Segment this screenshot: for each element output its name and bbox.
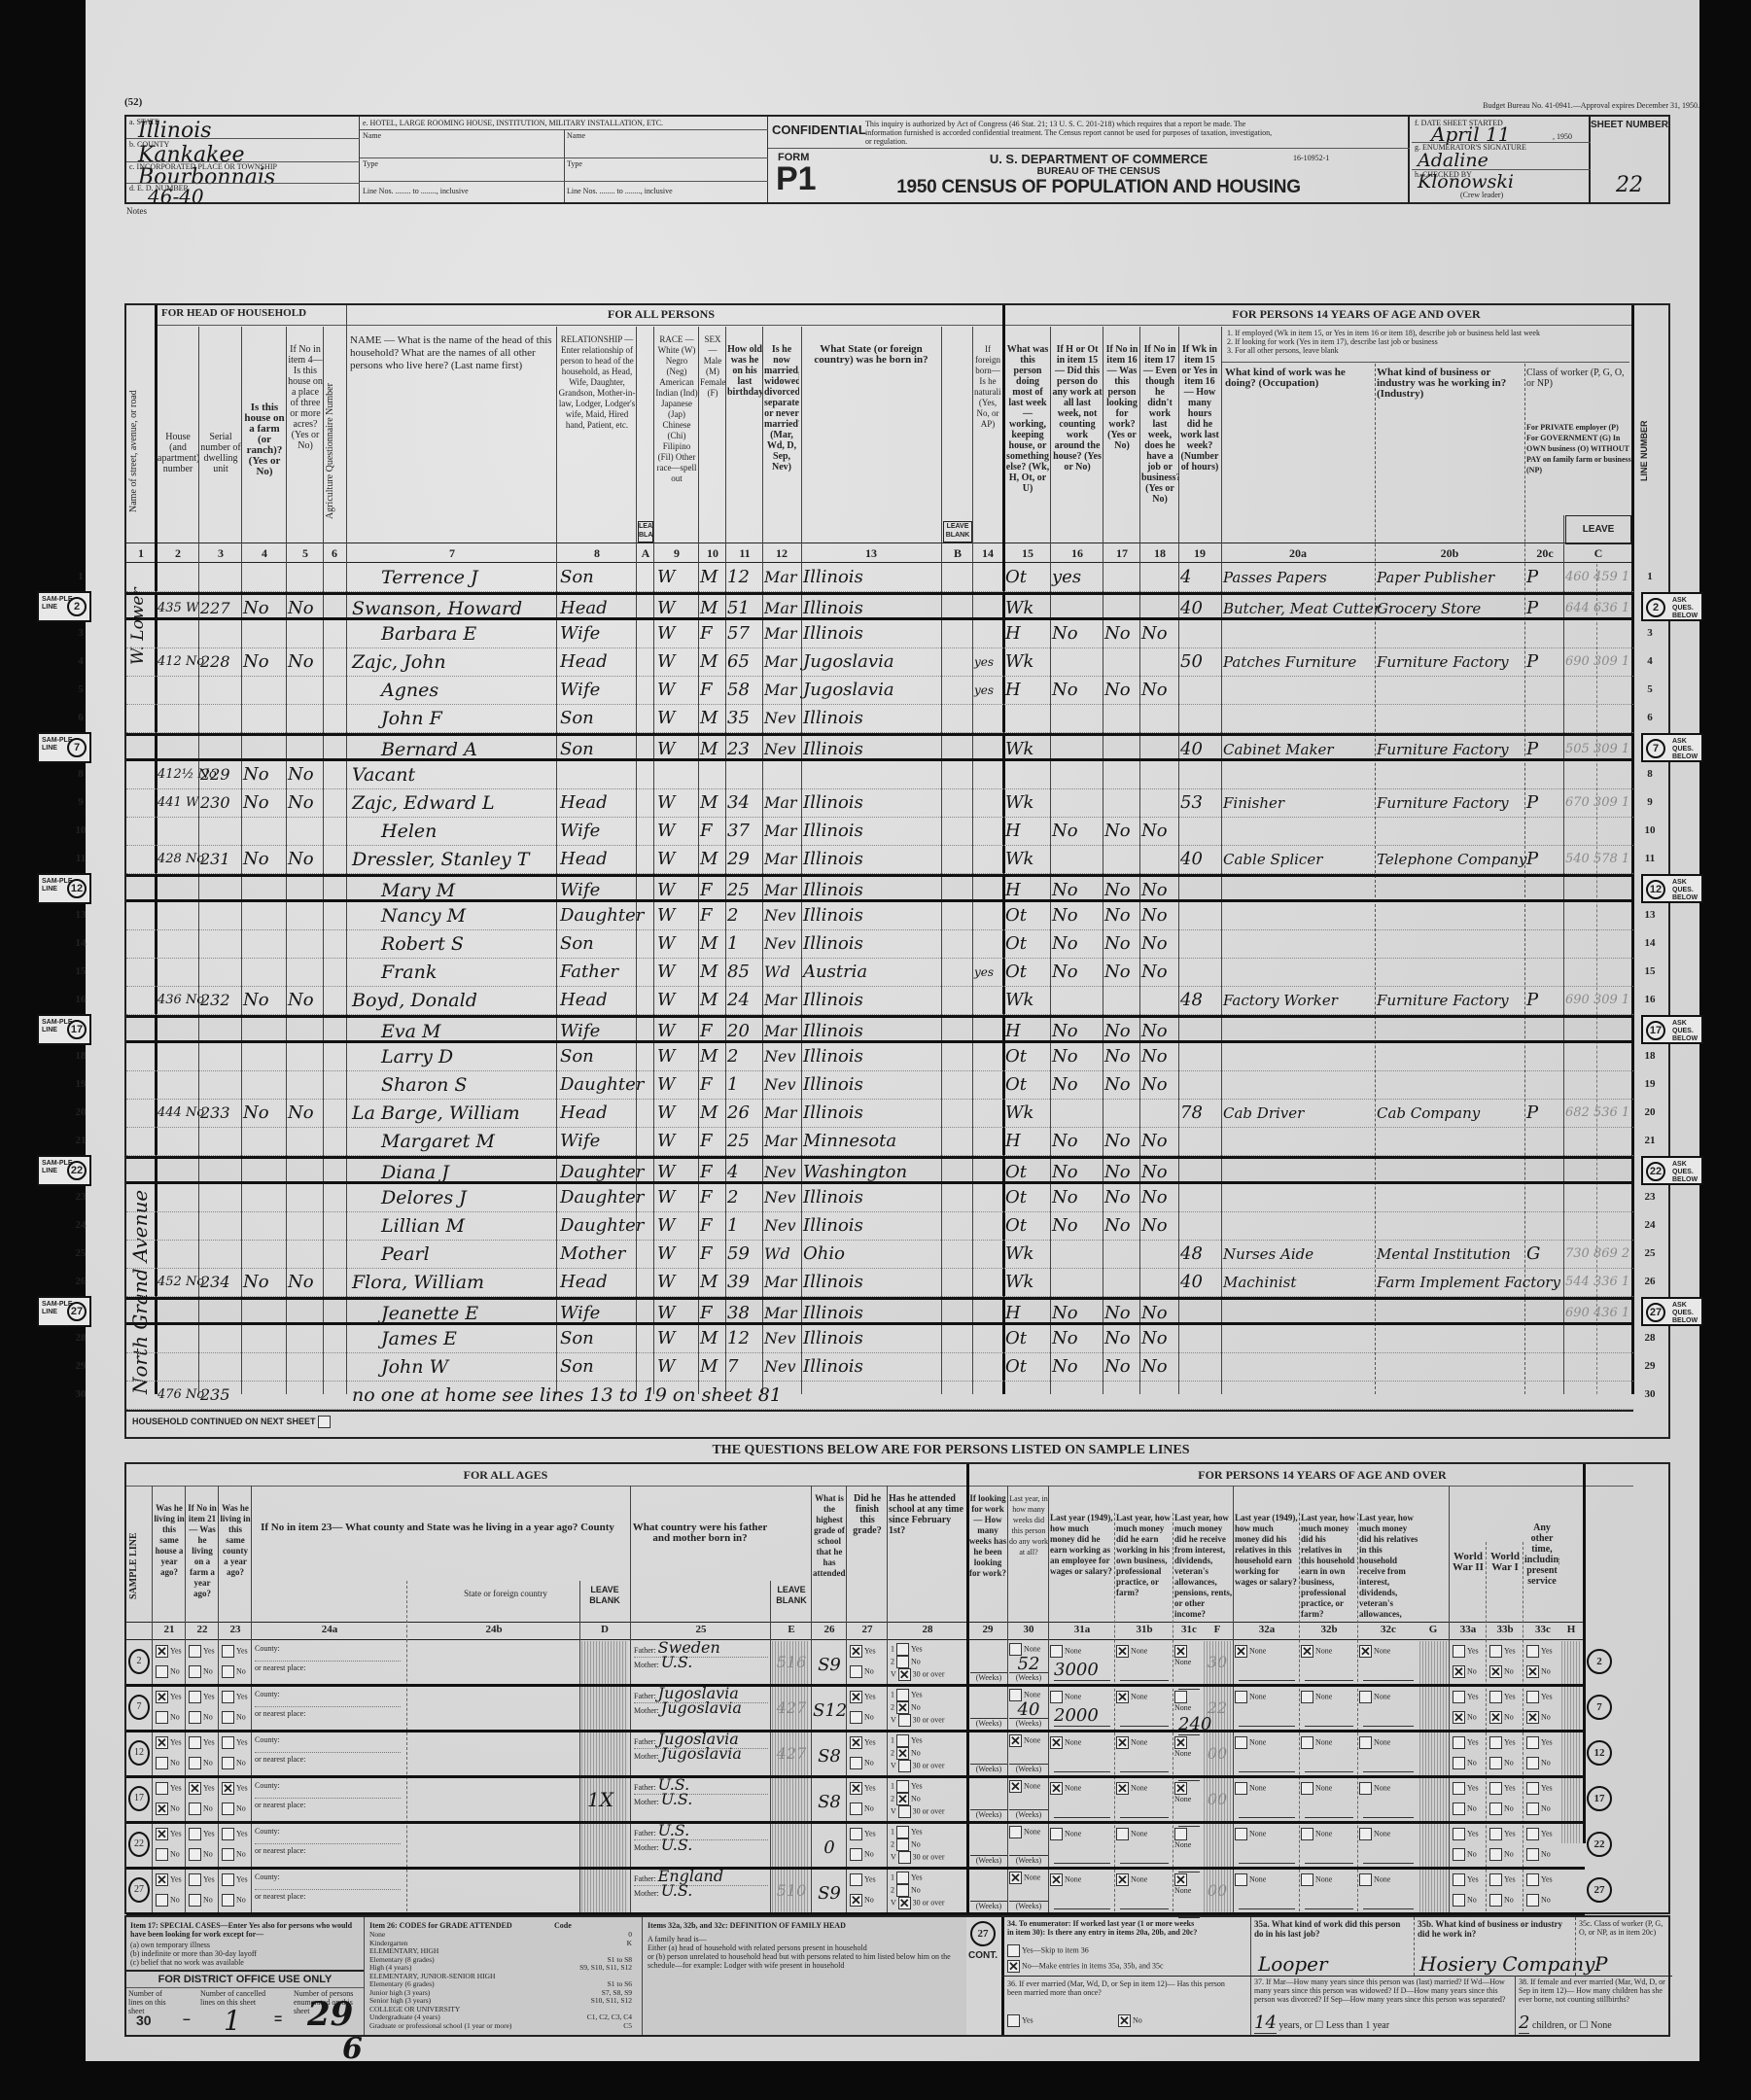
q33c-no-checkbox[interactable] bbox=[1526, 1802, 1539, 1815]
q31b-none-checkbox[interactable]: ✕ bbox=[1116, 1873, 1129, 1886]
q33b-no-checkbox[interactable] bbox=[1489, 1894, 1502, 1907]
q31c-none[interactable]: ✕None bbox=[1174, 1782, 1204, 1803]
q33b-no-checkbox[interactable] bbox=[1489, 1848, 1502, 1861]
q32c-none-checkbox[interactable]: ✕ bbox=[1359, 1645, 1372, 1658]
q23-no-checkbox[interactable] bbox=[222, 1848, 234, 1861]
highest-grade[interactable]: S9 bbox=[813, 1883, 846, 1904]
q21-yes-checkbox[interactable]: ✕ bbox=[156, 1873, 168, 1886]
q23-no[interactable]: No bbox=[222, 1894, 251, 1907]
q33a-yes[interactable]: Yes bbox=[1453, 1645, 1486, 1658]
q21-no-checkbox[interactable] bbox=[156, 1894, 168, 1907]
q23-yes[interactable]: Yes bbox=[222, 1736, 251, 1749]
q23-yes[interactable]: Yes bbox=[222, 1873, 251, 1886]
q27-yes-checkbox[interactable] bbox=[850, 1873, 862, 1886]
q32c-none[interactable]: None bbox=[1359, 1873, 1418, 1886]
q29-weeks[interactable]: (Weeks) bbox=[970, 1764, 1007, 1773]
q33c-yes[interactable]: Yes bbox=[1526, 1873, 1559, 1886]
q29-weeks[interactable]: (Weeks) bbox=[970, 1855, 1007, 1865]
q21-no[interactable]: ✕No bbox=[156, 1802, 185, 1815]
q33b-yes[interactable]: Yes bbox=[1489, 1736, 1523, 1749]
q28-yes[interactable]: 1 Yes bbox=[891, 1872, 964, 1884]
q28-30-over-checkbox[interactable]: ✕ bbox=[898, 1668, 911, 1681]
q33a-no-checkbox[interactable] bbox=[1453, 1894, 1465, 1907]
q27-no[interactable]: No bbox=[850, 1711, 887, 1724]
q32b-none-checkbox[interactable]: ✕ bbox=[1301, 1645, 1313, 1658]
parents-birthplace[interactable]: Father: JugoslaviaMother: Jugoslavia bbox=[634, 1689, 768, 1715]
q32c-none-checkbox[interactable] bbox=[1359, 1873, 1372, 1886]
q21-yes[interactable]: Yes bbox=[156, 1782, 185, 1795]
q33b-no[interactable]: No bbox=[1489, 1848, 1523, 1861]
q23-yes-checkbox[interactable] bbox=[222, 1828, 234, 1840]
q33b-yes[interactable]: Yes bbox=[1489, 1645, 1523, 1658]
q27-yes[interactable]: ✕Yes bbox=[850, 1645, 887, 1658]
q32b-none-checkbox[interactable] bbox=[1301, 1691, 1313, 1703]
q32b-none[interactable]: ✕None bbox=[1301, 1645, 1357, 1658]
q27-yes-checkbox[interactable]: ✕ bbox=[850, 1691, 862, 1703]
q32a-amount[interactable] bbox=[1239, 1660, 1295, 1681]
q33c-yes-checkbox[interactable] bbox=[1526, 1691, 1539, 1703]
q21-yes-checkbox[interactable] bbox=[156, 1782, 168, 1795]
q31c-none[interactable]: None bbox=[1174, 1828, 1204, 1849]
q22-no[interactable]: No bbox=[189, 1848, 218, 1861]
q31b-none[interactable]: ✕None bbox=[1116, 1782, 1173, 1795]
q33c-no-checkbox[interactable]: ✕ bbox=[1526, 1711, 1539, 1724]
q32c-amount[interactable] bbox=[1363, 1842, 1414, 1864]
q31a-none-checkbox[interactable]: ✕ bbox=[1050, 1873, 1063, 1886]
q32c-amount[interactable] bbox=[1363, 1888, 1414, 1909]
q23-no[interactable]: No bbox=[222, 1848, 251, 1861]
q27-no-checkbox[interactable] bbox=[850, 1711, 862, 1724]
q31a-none-checkbox[interactable] bbox=[1050, 1645, 1063, 1658]
q32b-none[interactable]: None bbox=[1301, 1873, 1357, 1886]
q31b-none-checkbox[interactable]: ✕ bbox=[1116, 1736, 1129, 1749]
q23-yes-checkbox[interactable] bbox=[222, 1691, 234, 1703]
q32b-amount[interactable] bbox=[1305, 1888, 1353, 1909]
q27-yes-checkbox[interactable]: ✕ bbox=[850, 1645, 862, 1658]
q32a-none-checkbox[interactable] bbox=[1235, 1691, 1247, 1703]
q28-no[interactable]: 2 ✕No bbox=[891, 1793, 964, 1805]
q36-yes-checkbox[interactable] bbox=[1007, 2014, 1020, 2027]
q32c-amount[interactable] bbox=[1363, 1797, 1414, 1818]
q22-no[interactable]: No bbox=[189, 1802, 218, 1815]
parents-birthplace[interactable]: Father: U.S.Mother: U.S. bbox=[634, 1826, 768, 1852]
q33a-no[interactable]: No bbox=[1453, 1802, 1486, 1815]
highest-grade[interactable]: 0 bbox=[813, 1837, 846, 1858]
q32b-none[interactable]: None bbox=[1301, 1828, 1357, 1840]
q21-yes[interactable]: ✕Yes bbox=[156, 1828, 185, 1840]
q32b-amount[interactable] bbox=[1305, 1797, 1353, 1818]
q27-yes[interactable]: ✕Yes bbox=[850, 1782, 887, 1795]
county-field[interactable]: County:or nearest place: bbox=[255, 1644, 401, 1672]
q23-yes-checkbox[interactable] bbox=[222, 1645, 234, 1658]
q31b-none-checkbox[interactable] bbox=[1116, 1828, 1129, 1840]
q27-no[interactable]: No bbox=[850, 1665, 887, 1678]
q22-no[interactable]: No bbox=[189, 1711, 218, 1724]
q31b-none[interactable]: ✕None bbox=[1116, 1873, 1173, 1886]
q31c-none-checkbox[interactable] bbox=[1174, 1828, 1187, 1840]
q33a-no-checkbox[interactable]: ✕ bbox=[1453, 1711, 1465, 1724]
q32c-none[interactable]: None bbox=[1359, 1828, 1418, 1840]
q22-yes[interactable]: Yes bbox=[189, 1873, 218, 1886]
q22-no-checkbox[interactable] bbox=[189, 1802, 201, 1815]
q22-no[interactable]: No bbox=[189, 1665, 218, 1678]
q28-no[interactable]: 2 ✕No bbox=[891, 1747, 964, 1760]
q33c-yes[interactable]: Yes bbox=[1526, 1828, 1559, 1840]
q33c-yes[interactable]: Yes bbox=[1526, 1645, 1559, 1658]
q33a-yes-checkbox[interactable] bbox=[1453, 1736, 1465, 1749]
q31b-amount[interactable] bbox=[1120, 1660, 1169, 1681]
q33b-yes-checkbox[interactable] bbox=[1489, 1645, 1502, 1658]
q33b-no[interactable]: No bbox=[1489, 1802, 1523, 1815]
q27-yes-checkbox[interactable]: ✕ bbox=[850, 1736, 862, 1749]
q21-yes-checkbox[interactable]: ✕ bbox=[156, 1691, 168, 1703]
q27-yes[interactable]: ✕Yes bbox=[850, 1691, 887, 1703]
q21-no-checkbox[interactable] bbox=[156, 1757, 168, 1769]
q33a-yes[interactable]: Yes bbox=[1453, 1691, 1486, 1703]
q32b-none-checkbox[interactable] bbox=[1301, 1828, 1313, 1840]
q23-yes[interactable]: Yes bbox=[222, 1691, 251, 1703]
q23-yes-checkbox[interactable]: ✕ bbox=[222, 1782, 234, 1795]
q21-no[interactable]: No bbox=[156, 1757, 185, 1769]
q29-weeks[interactable]: (Weeks) bbox=[970, 1718, 1007, 1728]
q23-no-checkbox[interactable] bbox=[222, 1802, 234, 1815]
q27-no-checkbox[interactable] bbox=[850, 1848, 862, 1861]
q33a-yes[interactable]: Yes bbox=[1453, 1873, 1486, 1886]
q32a-none[interactable]: None bbox=[1235, 1782, 1299, 1795]
q27-yes[interactable]: Yes bbox=[850, 1828, 887, 1840]
q21-no[interactable]: No bbox=[156, 1894, 185, 1907]
state-country-field[interactable] bbox=[408, 1732, 578, 1775]
q31a-amount[interactable] bbox=[1054, 1751, 1110, 1772]
q33b-yes-checkbox[interactable] bbox=[1489, 1873, 1502, 1886]
q21-yes[interactable]: ✕Yes bbox=[156, 1691, 185, 1703]
q33c-no[interactable]: ✕No bbox=[1526, 1665, 1559, 1678]
q33c-no-checkbox[interactable] bbox=[1526, 1757, 1539, 1769]
q22-yes-checkbox[interactable] bbox=[189, 1736, 201, 1749]
q28-no-checkbox[interactable]: ✕ bbox=[896, 1747, 909, 1760]
q28-yes[interactable]: 1 Yes bbox=[891, 1826, 964, 1838]
q22-yes-checkbox[interactable]: ✕ bbox=[189, 1782, 201, 1795]
county-field[interactable]: County:or nearest place: bbox=[255, 1827, 401, 1855]
q32c-amount[interactable] bbox=[1363, 1660, 1414, 1681]
q36-no-checkbox[interactable]: ✕ bbox=[1118, 2014, 1131, 2027]
q32c-none[interactable]: None bbox=[1359, 1691, 1418, 1703]
q31c-none[interactable]: ✕None bbox=[1174, 1736, 1204, 1758]
q30-none-checkbox[interactable]: ✕ bbox=[1009, 1780, 1022, 1793]
highest-grade[interactable]: S9 bbox=[813, 1655, 846, 1675]
q32c-none-checkbox[interactable] bbox=[1359, 1828, 1372, 1840]
q30-none[interactable]: ✕None bbox=[1009, 1780, 1048, 1793]
q30-none-checkbox[interactable]: ✕ bbox=[1009, 1872, 1022, 1884]
q31a-none[interactable]: ✕None bbox=[1050, 1873, 1114, 1886]
q31b-none[interactable]: ✕None bbox=[1116, 1645, 1173, 1658]
q31b-amount[interactable] bbox=[1120, 1797, 1169, 1818]
county-field[interactable]: County:or nearest place: bbox=[255, 1690, 401, 1718]
q33b-yes[interactable]: Yes bbox=[1489, 1782, 1523, 1795]
q27-yes[interactable]: ✕Yes bbox=[850, 1736, 887, 1749]
q32a-none[interactable]: None bbox=[1235, 1691, 1299, 1703]
q30-weeks-value[interactable]: 52 bbox=[1009, 1656, 1048, 1673]
q33c-yes[interactable]: Yes bbox=[1526, 1736, 1559, 1749]
q21-no[interactable]: No bbox=[156, 1665, 185, 1678]
q31b-amount[interactable] bbox=[1120, 1705, 1169, 1727]
q33c-no[interactable]: No bbox=[1526, 1894, 1559, 1907]
q33c-no[interactable]: ✕No bbox=[1526, 1711, 1559, 1724]
q31c-none[interactable]: None bbox=[1174, 1691, 1204, 1712]
q28-30-over-checkbox[interactable] bbox=[898, 1714, 911, 1727]
q23-no-checkbox[interactable] bbox=[222, 1665, 234, 1678]
q32a-amount[interactable] bbox=[1239, 1705, 1295, 1727]
q32a-none[interactable]: None bbox=[1235, 1736, 1299, 1749]
q32b-none[interactable]: None bbox=[1301, 1736, 1357, 1749]
q32a-none-checkbox[interactable] bbox=[1235, 1873, 1247, 1886]
q31a-none-checkbox[interactable]: ✕ bbox=[1050, 1736, 1063, 1749]
q33c-no[interactable]: No bbox=[1526, 1802, 1559, 1815]
q23-no-checkbox[interactable] bbox=[222, 1757, 234, 1769]
q23-yes[interactable]: Yes bbox=[222, 1828, 251, 1840]
q32b-amount[interactable] bbox=[1305, 1705, 1353, 1727]
q33b-no-checkbox[interactable]: ✕ bbox=[1489, 1711, 1502, 1724]
q33a-no[interactable]: ✕No bbox=[1453, 1711, 1486, 1724]
q33c-yes-checkbox[interactable] bbox=[1526, 1873, 1539, 1886]
q27-yes[interactable]: Yes bbox=[850, 1873, 887, 1886]
q33b-yes[interactable]: Yes bbox=[1489, 1691, 1523, 1703]
q23-yes[interactable]: ✕Yes bbox=[222, 1782, 251, 1795]
q32b-none-checkbox[interactable] bbox=[1301, 1873, 1313, 1886]
q31a-none[interactable]: None bbox=[1050, 1645, 1114, 1658]
highest-grade[interactable]: S8 bbox=[813, 1746, 846, 1767]
q31c-none-checkbox[interactable]: ✕ bbox=[1174, 1645, 1187, 1658]
q31b-none[interactable]: ✕None bbox=[1116, 1691, 1173, 1703]
q33a-yes[interactable]: Yes bbox=[1453, 1782, 1486, 1795]
q33c-no-checkbox[interactable] bbox=[1526, 1848, 1539, 1861]
q28-30-over[interactable]: V 30 or over bbox=[891, 1805, 964, 1818]
q30-none-checkbox[interactable] bbox=[1009, 1826, 1022, 1838]
q23-yes-checkbox[interactable] bbox=[222, 1873, 234, 1886]
q22-no-checkbox[interactable] bbox=[189, 1848, 201, 1861]
q27-yes-checkbox[interactable] bbox=[850, 1828, 862, 1840]
q34-no-checkbox[interactable]: ✕ bbox=[1007, 1960, 1020, 1973]
q27-no[interactable]: ✕No bbox=[850, 1894, 887, 1907]
q22-yes[interactable]: Yes bbox=[189, 1736, 218, 1749]
q33b-no[interactable]: No bbox=[1489, 1894, 1523, 1907]
q32b-amount[interactable] bbox=[1305, 1660, 1353, 1681]
q32b-none-checkbox[interactable] bbox=[1301, 1736, 1313, 1749]
q31b-none-checkbox[interactable]: ✕ bbox=[1116, 1645, 1129, 1658]
state-country-field[interactable] bbox=[408, 1870, 578, 1912]
state-country-field[interactable] bbox=[408, 1641, 578, 1684]
county-field[interactable]: County:or nearest place: bbox=[255, 1735, 401, 1764]
q31a-none-checkbox[interactable] bbox=[1050, 1828, 1063, 1840]
q30-none-checkbox[interactable] bbox=[1009, 1689, 1022, 1701]
q32c-none-checkbox[interactable] bbox=[1359, 1736, 1372, 1749]
q33a-no[interactable]: No bbox=[1453, 1848, 1486, 1861]
q32a-amount[interactable] bbox=[1239, 1797, 1295, 1818]
q32b-amount[interactable] bbox=[1305, 1842, 1353, 1864]
q21-no[interactable]: No bbox=[156, 1848, 185, 1861]
q33c-yes[interactable]: Yes bbox=[1526, 1782, 1559, 1795]
q28-30-over-checkbox[interactable] bbox=[898, 1805, 911, 1818]
q31b-none-checkbox[interactable]: ✕ bbox=[1116, 1782, 1129, 1795]
q31c-none-checkbox[interactable]: ✕ bbox=[1174, 1873, 1187, 1886]
q33a-yes-checkbox[interactable] bbox=[1453, 1782, 1465, 1795]
q27-yes-checkbox[interactable]: ✕ bbox=[850, 1782, 862, 1795]
q28-30-over[interactable]: V ✕30 or over bbox=[891, 1897, 964, 1909]
q27-no-checkbox[interactable] bbox=[850, 1665, 862, 1678]
q33b-yes[interactable]: Yes bbox=[1489, 1873, 1523, 1886]
q31a-amount[interactable] bbox=[1054, 1797, 1110, 1818]
q23-no[interactable]: No bbox=[222, 1757, 251, 1769]
q28-30-over[interactable]: V ✕30 or over bbox=[891, 1668, 964, 1681]
q32b-amount[interactable] bbox=[1305, 1751, 1353, 1772]
q21-no-checkbox[interactable] bbox=[156, 1848, 168, 1861]
q33b-yes-checkbox[interactable] bbox=[1489, 1782, 1502, 1795]
q28-yes-checkbox[interactable] bbox=[896, 1826, 909, 1838]
q28-yes[interactable]: 1 Yes bbox=[891, 1643, 964, 1656]
q33b-no-checkbox[interactable] bbox=[1489, 1757, 1502, 1769]
q32c-amount[interactable] bbox=[1363, 1751, 1414, 1772]
q21-yes-checkbox[interactable]: ✕ bbox=[156, 1645, 168, 1658]
q22-yes[interactable]: Yes bbox=[189, 1645, 218, 1658]
q21-yes[interactable]: ✕Yes bbox=[156, 1873, 185, 1886]
q33b-yes[interactable]: Yes bbox=[1489, 1828, 1523, 1840]
q21-no-checkbox[interactable] bbox=[156, 1665, 168, 1678]
q33a-yes-checkbox[interactable] bbox=[1453, 1828, 1465, 1840]
q33c-yes-checkbox[interactable] bbox=[1526, 1782, 1539, 1795]
q31a-none[interactable]: ✕None bbox=[1050, 1782, 1114, 1795]
q33c-no-checkbox[interactable] bbox=[1526, 1894, 1539, 1907]
q31c-none-checkbox[interactable]: ✕ bbox=[1174, 1736, 1187, 1749]
highest-grade[interactable]: S8 bbox=[813, 1792, 846, 1812]
q31b-none[interactable]: None bbox=[1116, 1828, 1173, 1840]
q32a-amount[interactable] bbox=[1239, 1842, 1295, 1864]
q31b-amount[interactable] bbox=[1120, 1751, 1169, 1772]
q32a-none-checkbox[interactable] bbox=[1235, 1736, 1247, 1749]
q33b-yes-checkbox[interactable] bbox=[1489, 1736, 1502, 1749]
q22-yes-checkbox[interactable] bbox=[189, 1645, 201, 1658]
q33b-yes-checkbox[interactable] bbox=[1489, 1691, 1502, 1703]
q31c-none[interactable]: ✕None bbox=[1174, 1873, 1204, 1895]
q22-no[interactable]: No bbox=[189, 1894, 218, 1907]
q32a-none-checkbox[interactable] bbox=[1235, 1828, 1247, 1840]
q31c-none[interactable]: ✕None bbox=[1174, 1645, 1204, 1666]
q28-30-over[interactable]: V 30 or over bbox=[891, 1760, 964, 1772]
q32a-amount[interactable] bbox=[1239, 1751, 1295, 1772]
parents-birthplace[interactable]: Father: SwedenMother: U.S. bbox=[634, 1643, 768, 1669]
q32c-none-checkbox[interactable] bbox=[1359, 1782, 1372, 1795]
q31a-none-checkbox[interactable] bbox=[1050, 1691, 1063, 1703]
q31a-none[interactable]: None bbox=[1050, 1828, 1114, 1840]
q28-30-over[interactable]: V 30 or over bbox=[891, 1851, 964, 1864]
q28-no-checkbox[interactable]: ✕ bbox=[896, 1793, 909, 1805]
q28-30-over[interactable]: V 30 or over bbox=[891, 1714, 964, 1727]
q22-no-checkbox[interactable] bbox=[189, 1757, 201, 1769]
state-country-field[interactable] bbox=[408, 1778, 578, 1821]
q30-none-checkbox[interactable] bbox=[1009, 1643, 1022, 1656]
q33a-no-checkbox[interactable] bbox=[1453, 1757, 1465, 1769]
q34-yes-option[interactable]: Yes—Skip to item 36 bbox=[1007, 1944, 1089, 1957]
q29-weeks[interactable]: (Weeks) bbox=[970, 1672, 1007, 1682]
q32b-none[interactable]: None bbox=[1301, 1691, 1357, 1703]
q33a-yes-checkbox[interactable] bbox=[1453, 1873, 1465, 1886]
q31a-none-checkbox[interactable]: ✕ bbox=[1050, 1782, 1063, 1795]
q21-yes[interactable]: ✕Yes bbox=[156, 1736, 185, 1749]
q27-no[interactable]: No bbox=[850, 1848, 887, 1861]
q23-no-checkbox[interactable] bbox=[222, 1894, 234, 1907]
q33a-no[interactable]: ✕No bbox=[1453, 1665, 1486, 1678]
q32a-none[interactable]: ✕None bbox=[1235, 1645, 1299, 1658]
q36-yes-option[interactable]: Yes bbox=[1007, 2014, 1033, 2027]
q34-yes-checkbox[interactable] bbox=[1007, 1944, 1020, 1957]
q36-no-option[interactable]: ✕No bbox=[1118, 2014, 1142, 2027]
q22-yes-checkbox[interactable] bbox=[189, 1828, 201, 1840]
q31b-none-checkbox[interactable]: ✕ bbox=[1116, 1691, 1129, 1703]
q21-no-checkbox[interactable] bbox=[156, 1711, 168, 1724]
q33c-yes[interactable]: Yes bbox=[1526, 1691, 1559, 1703]
q22-no-checkbox[interactable] bbox=[189, 1894, 201, 1907]
q22-yes[interactable]: ✕Yes bbox=[189, 1782, 218, 1795]
q33a-yes[interactable]: Yes bbox=[1453, 1828, 1486, 1840]
q22-yes-checkbox[interactable] bbox=[189, 1691, 201, 1703]
q23-no[interactable]: No bbox=[222, 1665, 251, 1678]
q28-30-over-checkbox[interactable]: ✕ bbox=[898, 1897, 911, 1909]
q33b-no-checkbox[interactable] bbox=[1489, 1802, 1502, 1815]
q32a-amount[interactable] bbox=[1239, 1888, 1295, 1909]
parents-birthplace[interactable]: Father: U.S.Mother: U.S. bbox=[634, 1780, 768, 1806]
q23-no[interactable]: No bbox=[222, 1711, 251, 1724]
q33b-yes-checkbox[interactable] bbox=[1489, 1828, 1502, 1840]
q28-no[interactable]: 2 No bbox=[891, 1838, 964, 1851]
q21-yes-checkbox[interactable]: ✕ bbox=[156, 1828, 168, 1840]
q32a-none-checkbox[interactable] bbox=[1235, 1782, 1247, 1795]
q31c-none-checkbox[interactable] bbox=[1174, 1691, 1187, 1703]
q33c-yes-checkbox[interactable] bbox=[1526, 1828, 1539, 1840]
q33c-no[interactable]: No bbox=[1526, 1757, 1559, 1769]
q30-none-checkbox[interactable]: ✕ bbox=[1009, 1734, 1022, 1747]
q21-yes-checkbox[interactable]: ✕ bbox=[156, 1736, 168, 1749]
state-country-field[interactable] bbox=[408, 1824, 578, 1867]
q27-no[interactable]: No bbox=[850, 1757, 887, 1769]
q23-no[interactable]: No bbox=[222, 1802, 251, 1815]
q33a-no-checkbox[interactable]: ✕ bbox=[1453, 1665, 1465, 1678]
q22-no-checkbox[interactable] bbox=[189, 1711, 201, 1724]
parents-birthplace[interactable]: Father: EnglandMother: U.S. bbox=[634, 1872, 768, 1898]
highest-grade[interactable]: S12 bbox=[813, 1700, 846, 1721]
q27-no[interactable]: No bbox=[850, 1802, 887, 1815]
q22-yes-checkbox[interactable] bbox=[189, 1873, 201, 1886]
q32c-amount[interactable] bbox=[1363, 1705, 1414, 1727]
q32b-none[interactable]: None bbox=[1301, 1782, 1357, 1795]
county-field[interactable]: County:or nearest place: bbox=[255, 1781, 401, 1809]
q33a-no[interactable]: No bbox=[1453, 1757, 1486, 1769]
q21-yes[interactable]: ✕Yes bbox=[156, 1645, 185, 1658]
q32a-none-checkbox[interactable]: ✕ bbox=[1235, 1645, 1247, 1658]
q31b-none[interactable]: ✕None bbox=[1116, 1736, 1173, 1749]
q28-no[interactable]: 2 ✕No bbox=[891, 1701, 964, 1714]
q30-none[interactable]: None bbox=[1009, 1826, 1048, 1838]
q33b-no-checkbox[interactable]: ✕ bbox=[1489, 1665, 1502, 1678]
q29-weeks[interactable]: (Weeks) bbox=[970, 1809, 1007, 1819]
q33b-no[interactable]: No bbox=[1489, 1757, 1523, 1769]
q29-weeks[interactable]: (Weeks) bbox=[970, 1901, 1007, 1910]
q33c-yes-checkbox[interactable] bbox=[1526, 1736, 1539, 1749]
q28-30-over-checkbox[interactable] bbox=[898, 1760, 911, 1772]
q32a-none[interactable]: None bbox=[1235, 1828, 1299, 1840]
q30-none[interactable]: ✕None bbox=[1009, 1872, 1048, 1884]
q31c-none-checkbox[interactable]: ✕ bbox=[1174, 1782, 1187, 1795]
q23-yes-checkbox[interactable] bbox=[222, 1736, 234, 1749]
q31a-none[interactable]: ✕None bbox=[1050, 1736, 1114, 1749]
